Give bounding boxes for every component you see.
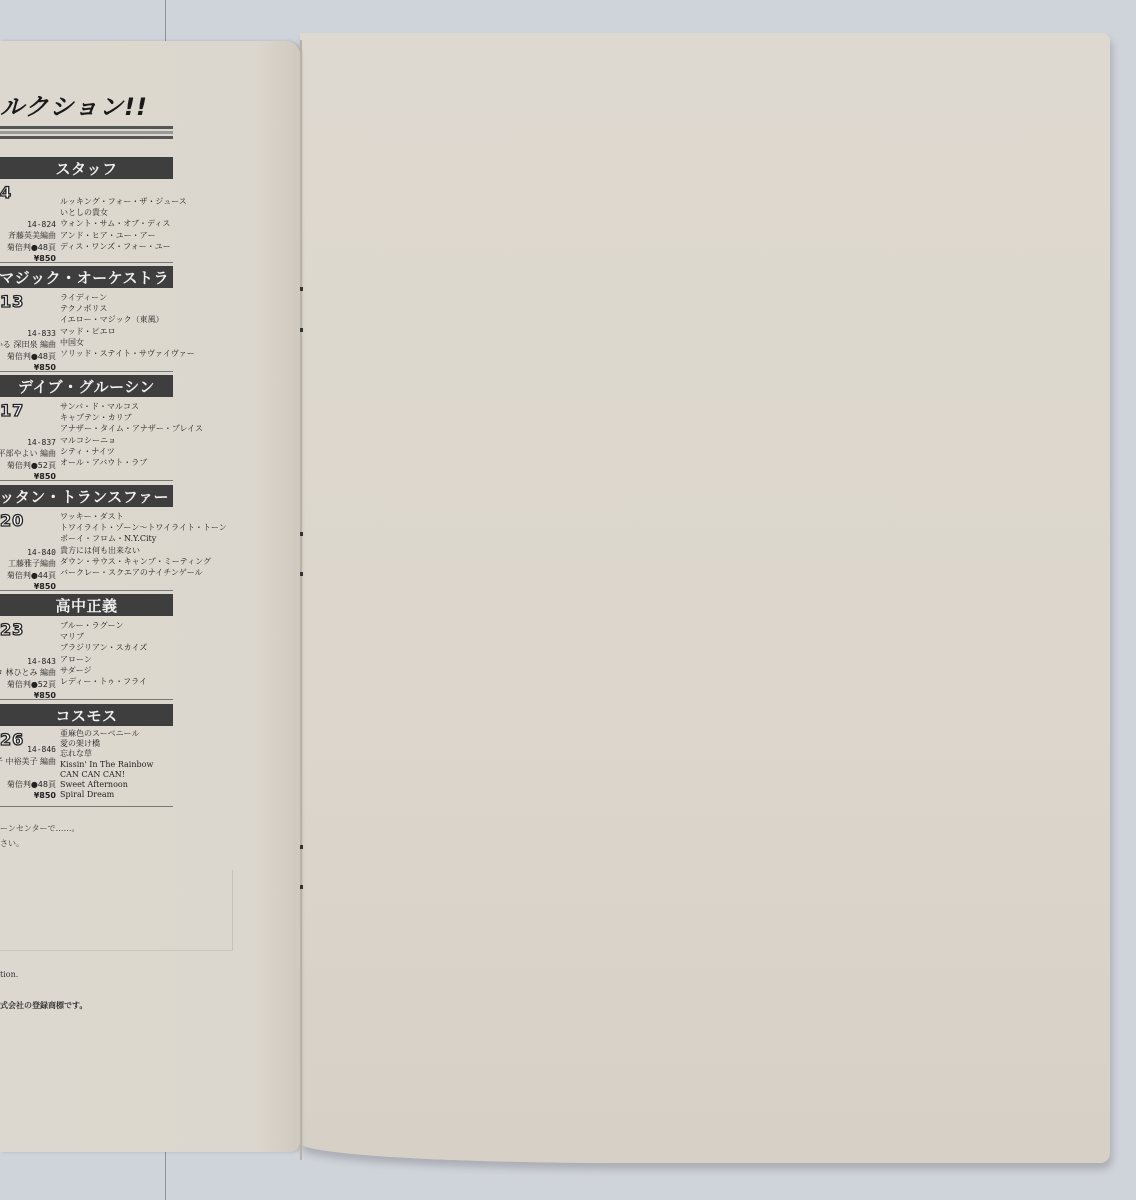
- volume-number: 13: [0, 292, 24, 311]
- song-title: トワイライト・ゾーン～トワイライト・トーン: [60, 522, 227, 533]
- catalog-section: デイブ・グルーシン 17 14-837 柏木玲子 平部やよい 編曲 菊倍判●52…: [0, 375, 173, 481]
- arranger: 柏木玲子 平部やよい 編曲: [0, 448, 56, 460]
- entry-meta: 14-824 斉藤英美編曲 菊倍判●48頁 ¥850: [7, 207, 56, 265]
- catalog-title: ルクション!!: [0, 87, 148, 122]
- staple-mark: [300, 532, 303, 536]
- entry-meta: 14-843 山エリコ 林ひとみ 編曲 菊倍判●52頁 ¥850: [0, 644, 56, 702]
- entry-meta: 14-846 原慶子 中裕美子 編曲 菊倍判●48頁 ¥850: [0, 744, 56, 802]
- song-title: 亜麻色のスーベニール: [60, 729, 153, 739]
- catalog-entry: 26 14-846 原慶子 中裕美子 編曲 菊倍判●48頁 ¥850 亜麻色のス…: [0, 726, 173, 807]
- song-title: ブルー・ラグーン: [60, 620, 147, 631]
- song-title: シティ・ナイツ: [60, 446, 203, 457]
- staple-mark: [300, 845, 303, 849]
- right-page-blank: [300, 33, 1110, 1163]
- notice-line: ーンセンターで……。: [0, 823, 80, 834]
- catalog-entry: 23 14-843 山エリコ 林ひとみ 編曲 菊倍判●52頁 ¥850 ブルー・…: [0, 616, 173, 700]
- catalog-entry: 17 14-837 柏木玲子 平部やよい 編曲 菊倍判●52頁 ¥850 サンバ…: [0, 397, 173, 481]
- format: 菊倍判●44頁: [7, 570, 56, 582]
- song-list: ワッキー・ダスト トワイライト・ゾーン～トワイライト・トーン ボーイ・フロム・N…: [60, 511, 227, 578]
- artist-band: デイブ・グルーシン: [0, 375, 173, 397]
- song-list: 亜麻色のスーベニール 愛の架け橋 忘れな草 Kissin' In The Rai…: [60, 729, 153, 800]
- song-title: マッド・ピエロ: [60, 326, 195, 337]
- song-title: Spiral Dream: [60, 790, 153, 800]
- title-rule-lines: [0, 126, 173, 144]
- artist-band: マンハッタン・トランスファー: [0, 485, 173, 507]
- song-title: ライディーン: [60, 292, 195, 303]
- faint-illustration-box: [0, 870, 233, 951]
- artist-band: 高中正義: [0, 594, 173, 616]
- format: 菊倍判●48頁: [0, 351, 56, 363]
- arranger: 工藤雅子編曲: [7, 558, 56, 570]
- song-title: ダウン・サウス・キャンプ・ミーティング: [60, 556, 227, 567]
- song-title: ソリッド・ステイト・サヴァイヴァー: [60, 348, 195, 359]
- footer-line: tion.: [0, 970, 18, 979]
- staple-mark: [300, 885, 303, 889]
- song-title: 忘れな草: [60, 749, 153, 759]
- catalog-code: 14-846: [0, 744, 56, 756]
- song-title: 貴方には何も出来ない: [60, 545, 227, 556]
- entry-meta: 14-840 工藤雅子編曲 菊倍判●44頁 ¥850: [7, 535, 56, 593]
- catalog-code: 14-840: [7, 547, 56, 559]
- price: ¥850: [0, 471, 56, 483]
- song-title: ボーイ・フロム・N.Y.City: [60, 533, 227, 544]
- song-title: アンド・ヒア・ユー・アー: [60, 230, 187, 241]
- song-title: マルコシーニョ: [60, 435, 203, 446]
- volume-number: 4: [0, 183, 12, 202]
- entry-meta: 14-837 柏木玲子 平部やよい 編曲 菊倍判●52頁 ¥850: [0, 425, 56, 483]
- song-list: サンバ・ド・マルコス キャプテン・カリブ アナザー・タイム・アナザー・プレイス …: [60, 401, 203, 468]
- song-title: ワッキー・ダスト: [60, 511, 227, 522]
- song-title: イエロー・マジック（東風）: [60, 314, 195, 325]
- catalog-entry: 13 14-833 岩本ひかる 深田泉 編曲 菊倍判●48頁 ¥850 ライディ…: [0, 288, 173, 372]
- artist-band: コスモス: [0, 704, 173, 726]
- song-title: バークレー・スクエアのナイチンゲール: [60, 567, 227, 578]
- price: ¥850: [7, 581, 56, 593]
- song-title: キャプテン・カリブ: [60, 412, 203, 423]
- song-title: 愛の架け橋: [60, 739, 153, 749]
- catalog-section: イエロー・マジック・オーケストラ 13 14-833 岩本ひかる 深田泉 編曲 …: [0, 266, 173, 372]
- catalog-code: 14-837: [0, 437, 56, 449]
- volume-number: 23: [0, 620, 24, 639]
- catalog-section: コスモス 26 14-846 原慶子 中裕美子 編曲 菊倍判●48頁 ¥850 …: [0, 704, 173, 807]
- backdrop-seam-top: [165, 0, 166, 42]
- format: 菊倍判●52頁: [0, 679, 56, 691]
- catalog-entry: 4 14-824 斉藤英美編曲 菊倍判●48頁 ¥850 ルッキング・フォー・ザ…: [0, 179, 173, 263]
- song-title: レディー・トゥ・フライ: [60, 676, 147, 687]
- catalog-section: マンハッタン・トランスファー 20 14-840 工藤雅子編曲 菊倍判●44頁 …: [0, 485, 173, 591]
- catalog-section: スタッフ 4 14-824 斉藤英美編曲 菊倍判●48頁 ¥850 ルッキング・…: [0, 157, 173, 263]
- catalog-code: 14-843: [0, 656, 56, 668]
- price: ¥850: [0, 690, 56, 702]
- song-title: ウォント・サム・オブ・ディス: [60, 218, 187, 229]
- song-list: ブルー・ラグーン マリブ ブラジリアン・スカイズ アローン サダージ レディー・…: [60, 620, 147, 687]
- volume-number: 20: [0, 511, 24, 530]
- staple-mark: [300, 572, 303, 576]
- entry-meta: 14-833 岩本ひかる 深田泉 編曲 菊倍判●48頁 ¥850: [0, 316, 56, 374]
- song-title: アローン: [60, 654, 147, 665]
- arranger: 原慶子 中裕美子 編曲: [0, 756, 56, 768]
- footer-line: 式会社の登録商標です。: [0, 1000, 87, 1011]
- format: 菊倍判●52頁: [0, 460, 56, 472]
- volume-number: 17: [0, 401, 24, 420]
- artist-band: イエロー・マジック・オーケストラ: [0, 266, 173, 288]
- song-title: サダージ: [60, 665, 147, 676]
- arranger: 斉藤英美編曲: [7, 230, 56, 242]
- song-title: ディス・ワンズ・フォー・ユー: [60, 241, 187, 252]
- catalog-code: 14-824: [7, 219, 56, 231]
- song-title: マリブ: [60, 631, 147, 642]
- price: ¥850: [0, 790, 56, 802]
- song-title: テクノポリス: [60, 303, 195, 314]
- song-title: ルッキング・フォー・ザ・ジュース: [60, 196, 187, 207]
- staple-mark: [300, 328, 303, 332]
- song-title: ブラジリアン・スカイズ: [60, 642, 147, 653]
- booklet-spine: [300, 40, 302, 1160]
- staple-mark: [300, 287, 303, 291]
- song-title: CAN CAN CAN!: [60, 770, 153, 780]
- song-list: ルッキング・フォー・ザ・ジュース いとしの貴女 ウォント・サム・オブ・ディス ア…: [60, 196, 187, 252]
- format: 菊倍判●48頁: [7, 242, 56, 254]
- backdrop-seam-bottom: [165, 1152, 166, 1200]
- song-title: アナザー・タイム・アナザー・プレイス: [60, 423, 203, 434]
- price: ¥850: [0, 362, 56, 374]
- song-title: いとしの貴女: [60, 207, 187, 218]
- format: 菊倍判●48頁: [0, 779, 56, 791]
- song-title: 中国女: [60, 337, 195, 348]
- song-list: ライディーン テクノポリス イエロー・マジック（東風） マッド・ピエロ 中国女 …: [60, 292, 195, 359]
- song-title: オール・アバウト・ラブ: [60, 457, 203, 468]
- arranger: 山エリコ 林ひとみ 編曲: [0, 667, 56, 679]
- song-title: サンバ・ド・マルコス: [60, 401, 203, 412]
- price: ¥850: [7, 253, 56, 265]
- artist-band: スタッフ: [0, 157, 173, 179]
- catalog-entry: 20 14-840 工藤雅子編曲 菊倍判●44頁 ¥850 ワッキー・ダスト ト…: [0, 507, 173, 591]
- song-title: Kissin' In The Rainbow: [60, 760, 153, 770]
- notice-line: さい。: [0, 838, 24, 849]
- catalog-section: 高中正義 23 14-843 山エリコ 林ひとみ 編曲 菊倍判●52頁 ¥850…: [0, 594, 173, 700]
- song-title: Sweet Afternoon: [60, 780, 153, 790]
- arranger: 岩本ひかる 深田泉 編曲: [0, 339, 56, 351]
- catalog-code: 14-833: [0, 328, 56, 340]
